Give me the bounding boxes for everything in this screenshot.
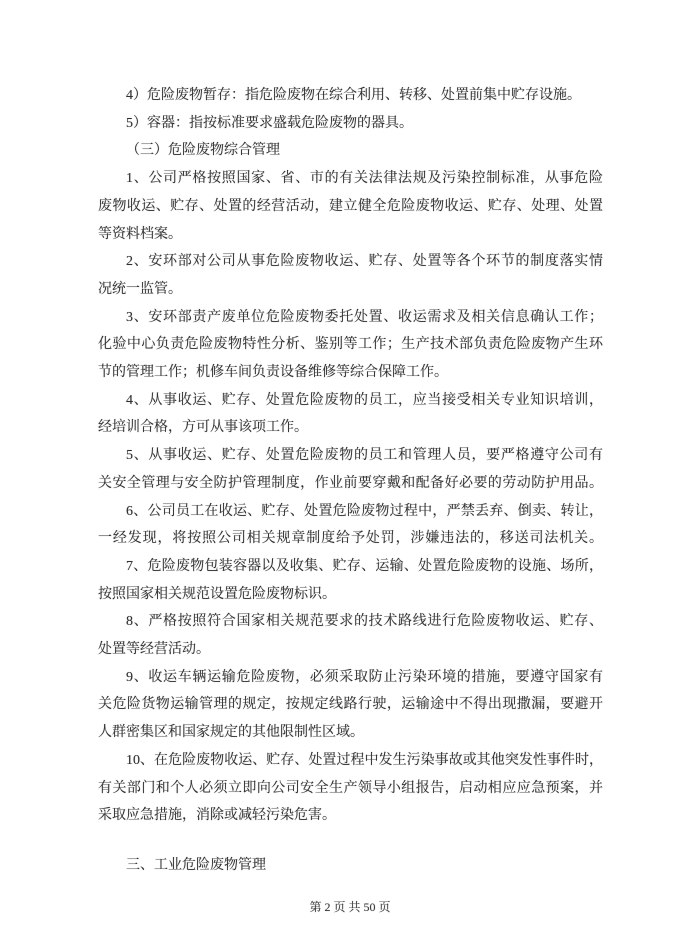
text-line: 化验中心负责危险废物特性分析、鉴别等工作；生产技术部负责危险废物产生环 bbox=[98, 331, 603, 359]
section-heading: 三、工业危险废物管理 bbox=[98, 852, 603, 880]
text-line: 关安全管理与安全防护管理制度，作业前要穿戴和配备好必要的劳动防护用品。 bbox=[98, 470, 603, 498]
text-line: 8、严格按照符合国家相关规范要求的技术路线进行危险废物收运、贮存、 bbox=[98, 608, 603, 636]
text-line: 经培训合格，方可从事该项工作。 bbox=[98, 414, 603, 442]
text-line: 关危险货物运输管理的规定，按规定线路行驶，运输途中不得出现撒漏，要避开 bbox=[98, 691, 603, 719]
text-line: 3、安环部责产废单位危险废物委托处置、收运需求及相关信息确认工作； bbox=[98, 304, 603, 332]
text-line: 6、公司员工在收运、贮存、处置危险废物过程中，严禁丢弃、倒卖、转让， bbox=[98, 498, 603, 526]
document-body: 4）危险废物暂存：指危险废物在综合利用、转移、处置前集中贮存设施。5）容器：指按… bbox=[98, 82, 603, 830]
text-line: 1、公司严格按照国家、省、市的有关法律法规及污染控制标准，从事危险 bbox=[98, 165, 603, 193]
document-page: 4）危险废物暂存：指危险废物在综合利用、转移、处置前集中贮存设施。5）容器：指按… bbox=[0, 0, 700, 935]
text-line: 9、收运车辆运输危险废物，必须采取防止污染环境的措施，要遵守国家有 bbox=[98, 664, 603, 692]
text-line: 采取应急措施，消除或减轻污染危害。 bbox=[98, 802, 603, 830]
page-number-label: 第 2 页 共 50 页 bbox=[309, 900, 390, 914]
text-line: 10、在危险废物收运、贮存、处置过程中发生污染事故或其他突发性事件时， bbox=[98, 747, 603, 775]
text-line: 一经发现，将按照公司相关规章制度给予处罚，涉嫌违法的，移送司法机关。 bbox=[98, 525, 603, 553]
text-line: 4、从事收运、贮存、处置危险废物的员工，应当接受相关专业知识培训， bbox=[98, 387, 603, 415]
text-line: 7、危险废物包装容器以及收集、贮存、运输、处置危险废物的设施、场所， bbox=[98, 553, 603, 581]
page-footer: 第 2 页 共 50 页 bbox=[0, 899, 700, 915]
text-line: 5、从事收运、贮存、处置危险废物的员工和管理人员，要严格遵守公司有 bbox=[98, 442, 603, 470]
text-line: 5）容器：指按标准要求盛载危险废物的器具。 bbox=[98, 110, 603, 138]
text-line: 况统一监管。 bbox=[98, 276, 603, 304]
text-line: 节的管理工作；机修车间负责设备维修等综合保障工作。 bbox=[98, 359, 603, 387]
text-line: 处置等经营活动。 bbox=[98, 636, 603, 664]
text-line: 有关部门和个人必须立即向公司安全生产领导小组报告，启动相应应急预案，并 bbox=[98, 775, 603, 803]
text-line: 2、安环部对公司从事危险废物收运、贮存、处置等各个环节的制度落实情 bbox=[98, 248, 603, 276]
text-line: 等资料档案。 bbox=[98, 221, 603, 249]
text-line: 废物收运、贮存、处置的经营活动，建立健全危险废物收运、贮存、处理、处置 bbox=[98, 193, 603, 221]
text-line: 人群密集区和国家规定的其他限制性区域。 bbox=[98, 719, 603, 747]
text-line: （三）危险废物综合管理 bbox=[98, 137, 603, 165]
text-line: 按照国家相关规范设置危险废物标识。 bbox=[98, 581, 603, 609]
text-line: 4）危险废物暂存：指危险废物在综合利用、转移、处置前集中贮存设施。 bbox=[98, 82, 603, 110]
